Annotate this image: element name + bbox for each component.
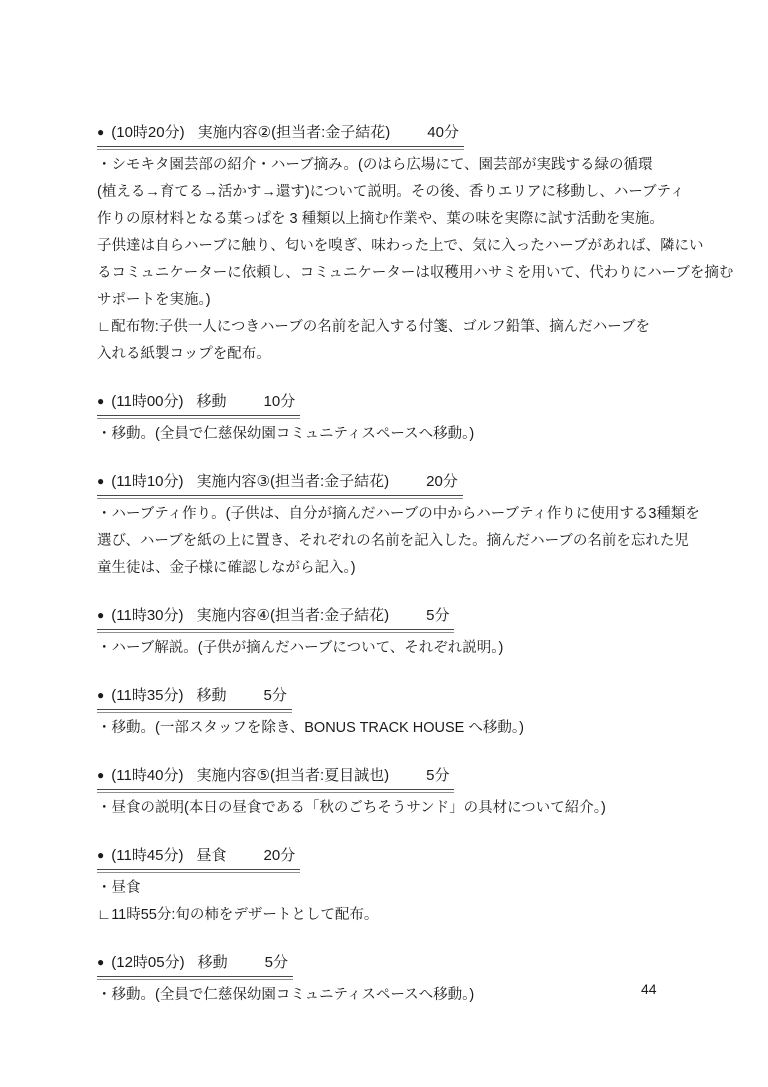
page-number: 44 bbox=[641, 981, 657, 997]
heading-time: (10時20分) bbox=[111, 124, 184, 141]
section-heading: ●(11時00分)移動10分 bbox=[97, 391, 300, 416]
schedule-section-4: ●(11時30分)実施内容④(担当者:金子結花)5分 ・ハーブ解説。(子供が摘ん… bbox=[97, 605, 708, 662]
heading-duration: 5分 bbox=[426, 767, 449, 784]
schedule-section-8: ●(12時05分)移動5分 ・移動。(全員で仁慈保幼園コミュニティスペースへ移動… bbox=[97, 952, 708, 1009]
body-line: 選び、ハーブを紙の上に置き、それぞれの名前を記入した。摘んだハーブの名前を忘れた… bbox=[97, 528, 708, 555]
schedule-section-1: ●(10時20分)実施内容②(担当者:金子結花)40分 ・シモキタ園芸部の紹介・… bbox=[97, 122, 708, 368]
schedule-section-6: ●(11時40分)実施内容⑤(担当者:夏目誠也)5分 ・昼食の説明(本日の昼食で… bbox=[97, 765, 708, 822]
section-body: ・移動。(一部スタッフを除き、BONUS TRACK HOUSE へ移動。) bbox=[97, 715, 708, 742]
section-body: ・昼食の説明(本日の昼食である「秋のごちそうサンド」の具材について紹介。) bbox=[97, 795, 708, 822]
section-body: ・ハーブティ作り。(子供は、自分が摘んだハーブの中からハーブティ作りに使用する3… bbox=[97, 501, 708, 582]
body-line: ・移動。(一部スタッフを除き、BONUS TRACK HOUSE へ移動。) bbox=[97, 715, 708, 742]
heading-duration: 40分 bbox=[427, 124, 459, 141]
bullet-icon: ● bbox=[97, 955, 104, 969]
bullet-icon: ● bbox=[97, 474, 104, 488]
schedule-section-5: ●(11時35分)移動5分 ・移動。(一部スタッフを除き、BONUS TRACK… bbox=[97, 685, 708, 742]
body-line: 童生徒は、金子様に確認しながら記入。) bbox=[97, 555, 708, 582]
heading-title: 実施内容②(担当者:金子結花) bbox=[198, 124, 391, 141]
bullet-icon: ● bbox=[97, 608, 104, 622]
heading-title: 移動 bbox=[197, 393, 227, 410]
section-heading: ●(11時30分)実施内容④(担当者:金子結花)5分 bbox=[97, 605, 454, 630]
bullet-icon: ● bbox=[97, 394, 104, 408]
document-page: ●(10時20分)実施内容②(担当者:金子結花)40分 ・シモキタ園芸部の紹介・… bbox=[0, 0, 768, 1087]
heading-time: (11時30分) bbox=[111, 607, 183, 624]
heading-title: 移動 bbox=[197, 687, 227, 704]
heading-duration: 20分 bbox=[426, 473, 458, 490]
section-body: ・ハーブ解説。(子供が摘んだハーブについて、それぞれ説明。) bbox=[97, 635, 708, 662]
section-body: ・昼食 ∟11時55分:旬の柿をデザートとして配布。 bbox=[97, 875, 708, 929]
body-line: ∟配布物:子供一人につきハーブの名前を記入する付箋、ゴルフ鉛筆、摘んだハーブを bbox=[97, 314, 708, 341]
bullet-icon: ● bbox=[97, 688, 104, 702]
heading-duration: 10分 bbox=[264, 393, 296, 410]
body-line: (植える→育てる→活かす→還す)について説明。その後、香りエリアに移動し、ハーブ… bbox=[97, 179, 708, 206]
heading-title: 実施内容④(担当者:金子結花) bbox=[197, 607, 390, 624]
schedule-section-2: ●(11時00分)移動10分 ・移動。(全員で仁慈保幼園コミュニティスペースへ移… bbox=[97, 391, 708, 448]
body-line: ・シモキタ園芸部の紹介・ハーブ摘み。(のはら広場にて、園芸部が実践する緑の循環 bbox=[97, 152, 708, 179]
body-line: ・ハーブ解説。(子供が摘んだハーブについて、それぞれ説明。) bbox=[97, 635, 708, 662]
body-line: るコミュニケーターに依頼し、コミュニケーターは収穫用ハサミを用いて、代わりにハー… bbox=[97, 260, 708, 287]
section-body: ・移動。(全員で仁慈保幼園コミュニティスペースへ移動。) bbox=[97, 421, 708, 448]
section-heading: ●(12時05分)移動5分 bbox=[97, 952, 293, 977]
heading-time: (11時10分) bbox=[111, 473, 183, 490]
section-heading: ●(11時10分)実施内容③(担当者:金子結花)20分 bbox=[97, 471, 463, 496]
bullet-icon: ● bbox=[97, 125, 104, 139]
heading-time: (12時05分) bbox=[111, 954, 184, 971]
heading-time: (11時40分) bbox=[111, 767, 183, 784]
body-line: 入れる紙製コップを配布。 bbox=[97, 341, 708, 368]
body-line: ∟11時55分:旬の柿をデザートとして配布。 bbox=[97, 902, 708, 929]
body-line: ・移動。(全員で仁慈保幼園コミュニティスペースへ移動。) bbox=[97, 421, 708, 448]
heading-duration: 5分 bbox=[264, 687, 287, 704]
heading-time: (11時00分) bbox=[111, 393, 183, 410]
heading-duration: 5分 bbox=[265, 954, 288, 971]
body-line: ・昼食の説明(本日の昼食である「秋のごちそうサンド」の具材について紹介。) bbox=[97, 795, 708, 822]
section-heading: ●(11時35分)移動5分 bbox=[97, 685, 292, 710]
bullet-icon: ● bbox=[97, 848, 104, 862]
section-heading: ●(10時20分)実施内容②(担当者:金子結花)40分 bbox=[97, 122, 464, 147]
bullet-icon: ● bbox=[97, 768, 104, 782]
heading-title: 実施内容③(担当者:金子結花) bbox=[197, 473, 390, 490]
section-heading: ●(11時40分)実施内容⑤(担当者:夏目誠也)5分 bbox=[97, 765, 454, 790]
section-heading: ●(11時45分)昼食20分 bbox=[97, 845, 300, 870]
heading-time: (11時45分) bbox=[111, 847, 183, 864]
heading-title: 昼食 bbox=[197, 847, 227, 864]
body-line: ・移動。(全員で仁慈保幼園コミュニティスペースへ移動。) bbox=[97, 982, 708, 1009]
heading-duration: 5分 bbox=[426, 607, 449, 624]
section-body: ・シモキタ園芸部の紹介・ハーブ摘み。(のはら広場にて、園芸部が実践する緑の循環 … bbox=[97, 152, 708, 368]
schedule-section-7: ●(11時45分)昼食20分 ・昼食 ∟11時55分:旬の柿をデザートとして配布… bbox=[97, 845, 708, 929]
body-line: 作りの原材料となる葉っぱを 3 種類以上摘む作業や、葉の味を実際に試す活動を実施… bbox=[97, 206, 708, 233]
body-line: 子供達は自らハーブに触り、匂いを嗅ぎ、味わった上で、気に入ったハーブがあれば、隣… bbox=[97, 233, 708, 260]
body-line: ・ハーブティ作り。(子供は、自分が摘んだハーブの中からハーブティ作りに使用する3… bbox=[97, 501, 708, 528]
document-content: ●(10時20分)実施内容②(担当者:金子結花)40分 ・シモキタ園芸部の紹介・… bbox=[0, 0, 768, 1009]
heading-duration: 20分 bbox=[264, 847, 296, 864]
heading-title: 実施内容⑤(担当者:夏目誠也) bbox=[197, 767, 390, 784]
body-line: サポートを実施。) bbox=[97, 287, 708, 314]
heading-time: (11時35分) bbox=[111, 687, 183, 704]
section-body: ・移動。(全員で仁慈保幼園コミュニティスペースへ移動。) bbox=[97, 982, 708, 1009]
schedule-section-3: ●(11時10分)実施内容③(担当者:金子結花)20分 ・ハーブティ作り。(子供… bbox=[97, 471, 708, 582]
body-line: ・昼食 bbox=[97, 875, 708, 902]
heading-title: 移動 bbox=[198, 954, 228, 971]
